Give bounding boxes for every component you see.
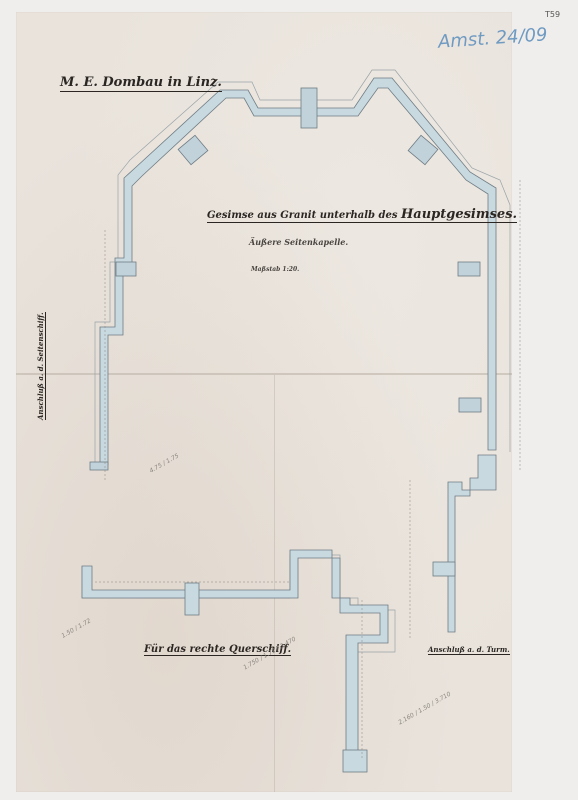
tower-connection: [433, 455, 496, 632]
office-title: M. E. Dombau in Linz.: [60, 75, 222, 92]
tower-label: Anschluß a. d. Turm.: [428, 645, 510, 655]
joint-blocks: [90, 88, 481, 470]
main-title-small: Gesimse aus Granit unterhalb des: [207, 210, 401, 221]
page-number: T59: [545, 10, 560, 19]
main-title: Gesimse aus Granit unterhalb des Hauptge…: [207, 207, 517, 223]
main-title-big: Hauptgesimses.: [401, 207, 517, 222]
transept-cornice-outline: [82, 550, 388, 772]
subtitle: Äußere Seitenkapelle.: [249, 237, 348, 247]
side-aisle-label: Anschluß a. d. Seitenschiff.: [36, 312, 46, 420]
scale-label: Maßstab 1:20.: [251, 266, 299, 273]
floor-plan-drawing: [0, 0, 578, 800]
